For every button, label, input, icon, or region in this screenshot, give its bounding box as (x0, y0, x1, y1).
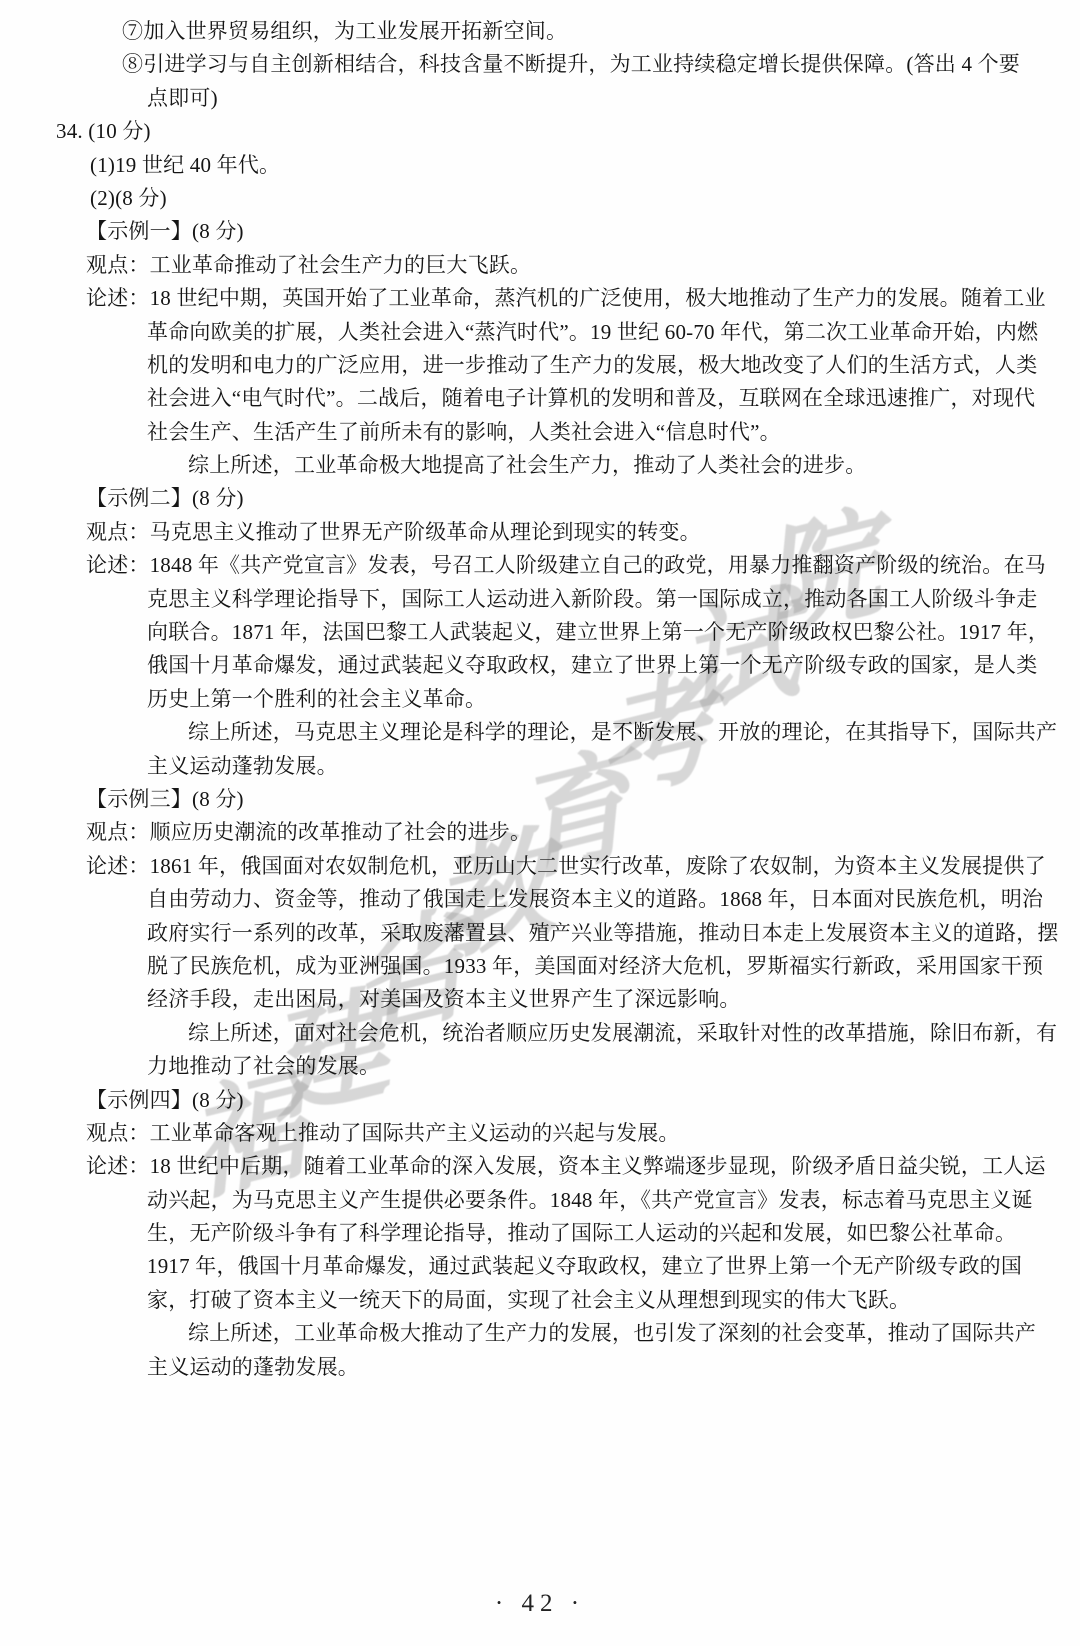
text-line: 综上所述，工业革命极大地提高了社会生产力，推动了人类社会的进步。 (0, 449, 1080, 482)
text-line: 综上所述，面对社会危机，统治者顺应历史发展潮流，采取针对性的改革措施，除旧布新，… (0, 1017, 1080, 1050)
text-line: 观点：马克思主义推动了世界无产阶级革命从理论到现实的转变。 (0, 516, 1080, 549)
text-line: 观点：工业革命客观上推动了国际共产主义运动的兴起与发展。 (0, 1117, 1080, 1150)
text-line: 机的发明和电力的广泛应用，进一步推动了生产力的发展，极大地改变了人们的生活方式，… (0, 349, 1080, 382)
text-line: (2)(8 分) (0, 182, 1080, 215)
text-line: 【示例二】(8 分) (0, 482, 1080, 515)
text-line: 观点：工业革命推动了社会生产力的巨大飞跃。 (0, 249, 1080, 282)
text-line: 论述：1861 年，俄国面对农奴制危机，亚历山大二世实行改革，废除了农奴制，为资… (0, 850, 1080, 883)
text-line: 经济手段，走出困局，对美国及资本主义世界产生了深远影响。 (0, 983, 1080, 1016)
text-line: 【示例三】(8 分) (0, 783, 1080, 816)
text-line: 革命向欧美的扩展，人类社会进入“蒸汽时代”。19 世纪 60-70 年代，第二次… (0, 316, 1080, 349)
text-line: (1)19 世纪 40 年代。 (0, 149, 1080, 182)
document-lines: ⑦加入世界贸易组织，为工业发展开拓新空间。⑧引进学习与自主创新相结合，科技含量不… (0, 15, 1080, 1384)
text-line: 综上所述，马克思主义理论是科学的理论，是不断发展、开放的理论，在其指导下，国际共… (0, 716, 1080, 749)
text-line: 社会进入“电气时代”。二战后，随着电子计算机的发明和普及，互联网在全球迅速推广，… (0, 382, 1080, 415)
text-line: 俄国十月革命爆发，通过武装起义夺取政权，建立了世界上第一个无产阶级专政的国家，是… (0, 649, 1080, 682)
text-line: ⑧引进学习与自主创新相结合，科技含量不断提升，为工业持续稳定增长提供保障。(答出… (0, 48, 1080, 81)
text-line: 脱了民族危机，成为亚洲强国。1933 年，美国面对经济大危机，罗斯福实行新政，采… (0, 950, 1080, 983)
text-line: 自由劳动力、资金等，推动了俄国走上发展资本主义的道路。1868 年，日本面对民族… (0, 883, 1080, 916)
text-line: 主义运动的蓬勃发展。 (0, 1351, 1080, 1384)
text-line: 动兴起，为马克思主义产生提供必要条件。1848 年，《共产党宣言》发表，标志着马… (0, 1184, 1080, 1217)
text-line: 社会生产、生活产生了前所未有的影响，人类社会进入“信息时代”。 (0, 416, 1080, 449)
text-line: 家，打破了资本主义一统天下的局面，实现了社会主义从理想到现实的伟大飞跃。 (0, 1284, 1080, 1317)
text-line: 生，无产阶级斗争有了科学理论指导，推动了国际工人运动的兴起和发展，如巴黎公社革命… (0, 1217, 1080, 1250)
text-line: 历史上第一个胜利的社会主义革命。 (0, 683, 1080, 716)
text-line: 综上所述，工业革命极大推动了生产力的发展，也引发了深刻的社会变革，推动了国际共产 (0, 1317, 1080, 1350)
text-line: 【示例四】(8 分) (0, 1084, 1080, 1117)
text-line: 主义运动蓬勃发展。 (0, 750, 1080, 783)
text-line: 论述：18 世纪中期，英国开始了工业革命，蒸汽机的广泛使用，极大地推动了生产力的… (0, 282, 1080, 315)
text-line: 【示例一】(8 分) (0, 215, 1080, 248)
text-line: 向联合。1871 年，法国巴黎工人武装起义，建立世界上第一个无产阶级政权巴黎公社… (0, 616, 1080, 649)
text-line: 34. (10 分) (0, 115, 1080, 148)
page-number: · 42 · (0, 1590, 1080, 1618)
exam-answer-page: 福建省教育考试院 ⑦加入世界贸易组织，为工业发展开拓新空间。⑧引进学习与自主创新… (0, 0, 1080, 1646)
text-line: 克思主义科学理论指导下，国际工人运动进入新阶段。第一国际成立，推动各国工人阶级斗… (0, 583, 1080, 616)
text-line: 论述：18 世纪中后期，随着工业革命的深入发展，资本主义弊端逐步显现，阶级矛盾日… (0, 1150, 1080, 1183)
text-line: 论述：1848 年《共产党宣言》发表，号召工人阶级建立自己的政党，用暴力推翻资产… (0, 549, 1080, 582)
text-line: 观点：顺应历史潮流的改革推动了社会的进步。 (0, 816, 1080, 849)
text-line: 点即可) (0, 82, 1080, 115)
text-line: 政府实行一系列的改革，采取废藩置县、殖产兴业等措施，推动日本走上发展资本主义的道… (0, 917, 1080, 950)
text-line: 力地推动了社会的发展。 (0, 1050, 1080, 1083)
text-line: 1917 年，俄国十月革命爆发，通过武装起义夺取政权，建立了世界上第一个无产阶级… (0, 1250, 1080, 1283)
text-line: ⑦加入世界贸易组织，为工业发展开拓新空间。 (0, 15, 1080, 48)
